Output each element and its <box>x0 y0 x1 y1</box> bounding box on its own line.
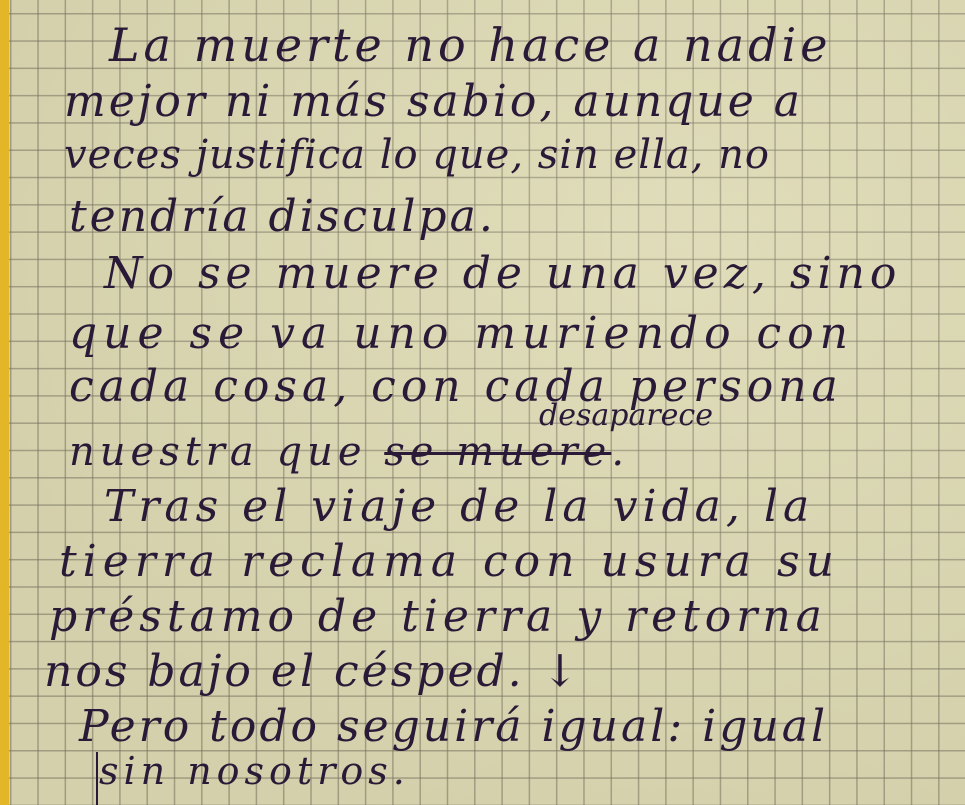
handwritten-line-2: mejor ni más sabio, aunque a <box>64 80 803 124</box>
handwritten-line-10: tierra reclama con usura su <box>59 540 840 584</box>
handwritten-line-4: tendría disculpa. <box>69 195 496 239</box>
line-8-end: . <box>611 429 629 475</box>
handwritten-line-6: que se va uno muriendo con <box>69 312 854 356</box>
handwritten-insertion: desaparece <box>539 398 713 433</box>
handwritten-line-13: Pero todo seguirá igual: igual <box>79 705 828 749</box>
line-8-text: nuestra que <box>69 429 384 475</box>
handwritten-line-8: nuestra que se muere. <box>69 432 629 472</box>
handwritten-line-11: préstamo de tierra y retorna <box>49 595 827 639</box>
handwritten-line-12: nos bajo el césped. ↓ <box>44 650 581 694</box>
handwritten-line-9: Tras el viaje de la vida, la <box>104 485 814 529</box>
handwritten-line-5: No se muere de una vez, sino <box>104 252 901 296</box>
handwritten-line-1: La muerte no hace a nadie <box>109 22 831 68</box>
grid-paper: La muerte no hace a nadie mejor ni más s… <box>9 0 965 805</box>
handwritten-line-14: sin nosotros. <box>99 752 410 790</box>
handwritten-line-3: veces justifica lo que, sin ella, no <box>64 135 770 175</box>
notebook-edge-band <box>0 0 9 805</box>
margin-stroke <box>96 752 98 805</box>
struck-out-text: se muere <box>384 429 611 475</box>
handwritten-line-7: cada cosa, con cada persona <box>69 365 843 409</box>
